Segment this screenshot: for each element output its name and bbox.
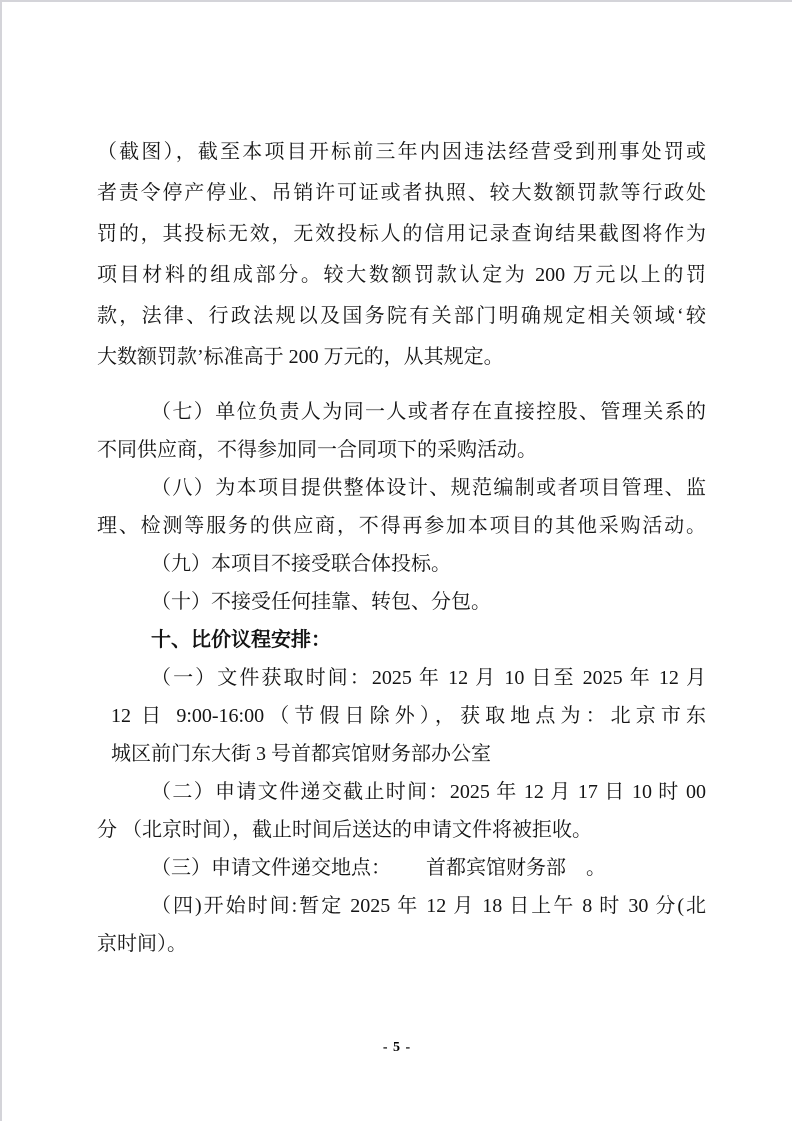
schedule-item-1: （一）文件获取时间：2025 年 12 月 10 日至 2025 年 12 月 xyxy=(97,659,706,697)
clause-item-9: （九）本项目不接受联合体投标。 xyxy=(97,545,706,583)
text-line: 项目材料的组成部分。较大数额罚款认定为 200 万元以上的罚 xyxy=(97,255,706,296)
text-line: 12 日 9:00-16:00（节假日除外），获取地点为：北京市东 xyxy=(97,697,706,735)
text-line: （截图），截至本项目开标前三年内因违法经营受到刑事处罚或 xyxy=(97,132,706,173)
text-line: 罚的，其投标无效，无效投标人的信用记录查询结果截图将作为 xyxy=(97,214,706,255)
text-line: 城区前门东大街 3 号首都宾馆财务部办公室 xyxy=(97,735,706,773)
text-line: 分 （北京时间），截止时间后送达的申请文件将被拒收。 xyxy=(97,811,706,849)
document-page: （截图），截至本项目开标前三年内因违法经营受到刑事处罚或 者责令停产停业、吊销许… xyxy=(0,0,792,1121)
schedule-item-3: （三）申请文件递交地点： 首都宾馆财务部 。 xyxy=(97,849,706,887)
text-line: 理、检测等服务的供应商，不得再参加本项目的其他采购活动。 xyxy=(97,507,706,545)
clause-item-7: （七）单位负责人为同一人或者存在直接控股、管理关系的 xyxy=(97,393,706,431)
clause-item-8: （八）为本项目提供整体设计、规范编制或者项目管理、监 xyxy=(97,469,706,507)
text-line: 京时间）。 xyxy=(97,925,706,963)
section-heading: 十、比价议程安排： xyxy=(97,621,706,659)
text-line: 不同供应商，不得参加同一合同项下的采购活动。 xyxy=(97,431,706,469)
text-line: 者责令停产停业、吊销许可证或者执照、较大数额罚款等行政处 xyxy=(97,173,706,214)
text-line: 大数额罚款’标准高于 200 万元的，从其规定。 xyxy=(97,337,706,378)
clause-item-10: （十）不接受任何挂靠、转包、分包。 xyxy=(97,583,706,621)
text-line: 款，法律、行政法规以及国务院有关部门明确规定相关领域‘较 xyxy=(97,296,706,337)
schedule-item-4: （四)开始时间:暂定 2025 年 12 月 18 日上午 8 时 30 分(北 xyxy=(97,887,706,925)
page-body: （截图），截至本项目开标前三年内因违法经营受到刑事处罚或 者责令停产停业、吊销许… xyxy=(97,132,706,963)
page-number: - 5 - xyxy=(2,1040,792,1056)
schedule-item-2: （二）申请文件递交截止时间：2025 年 12 月 17 日 10 时 00 xyxy=(97,773,706,811)
